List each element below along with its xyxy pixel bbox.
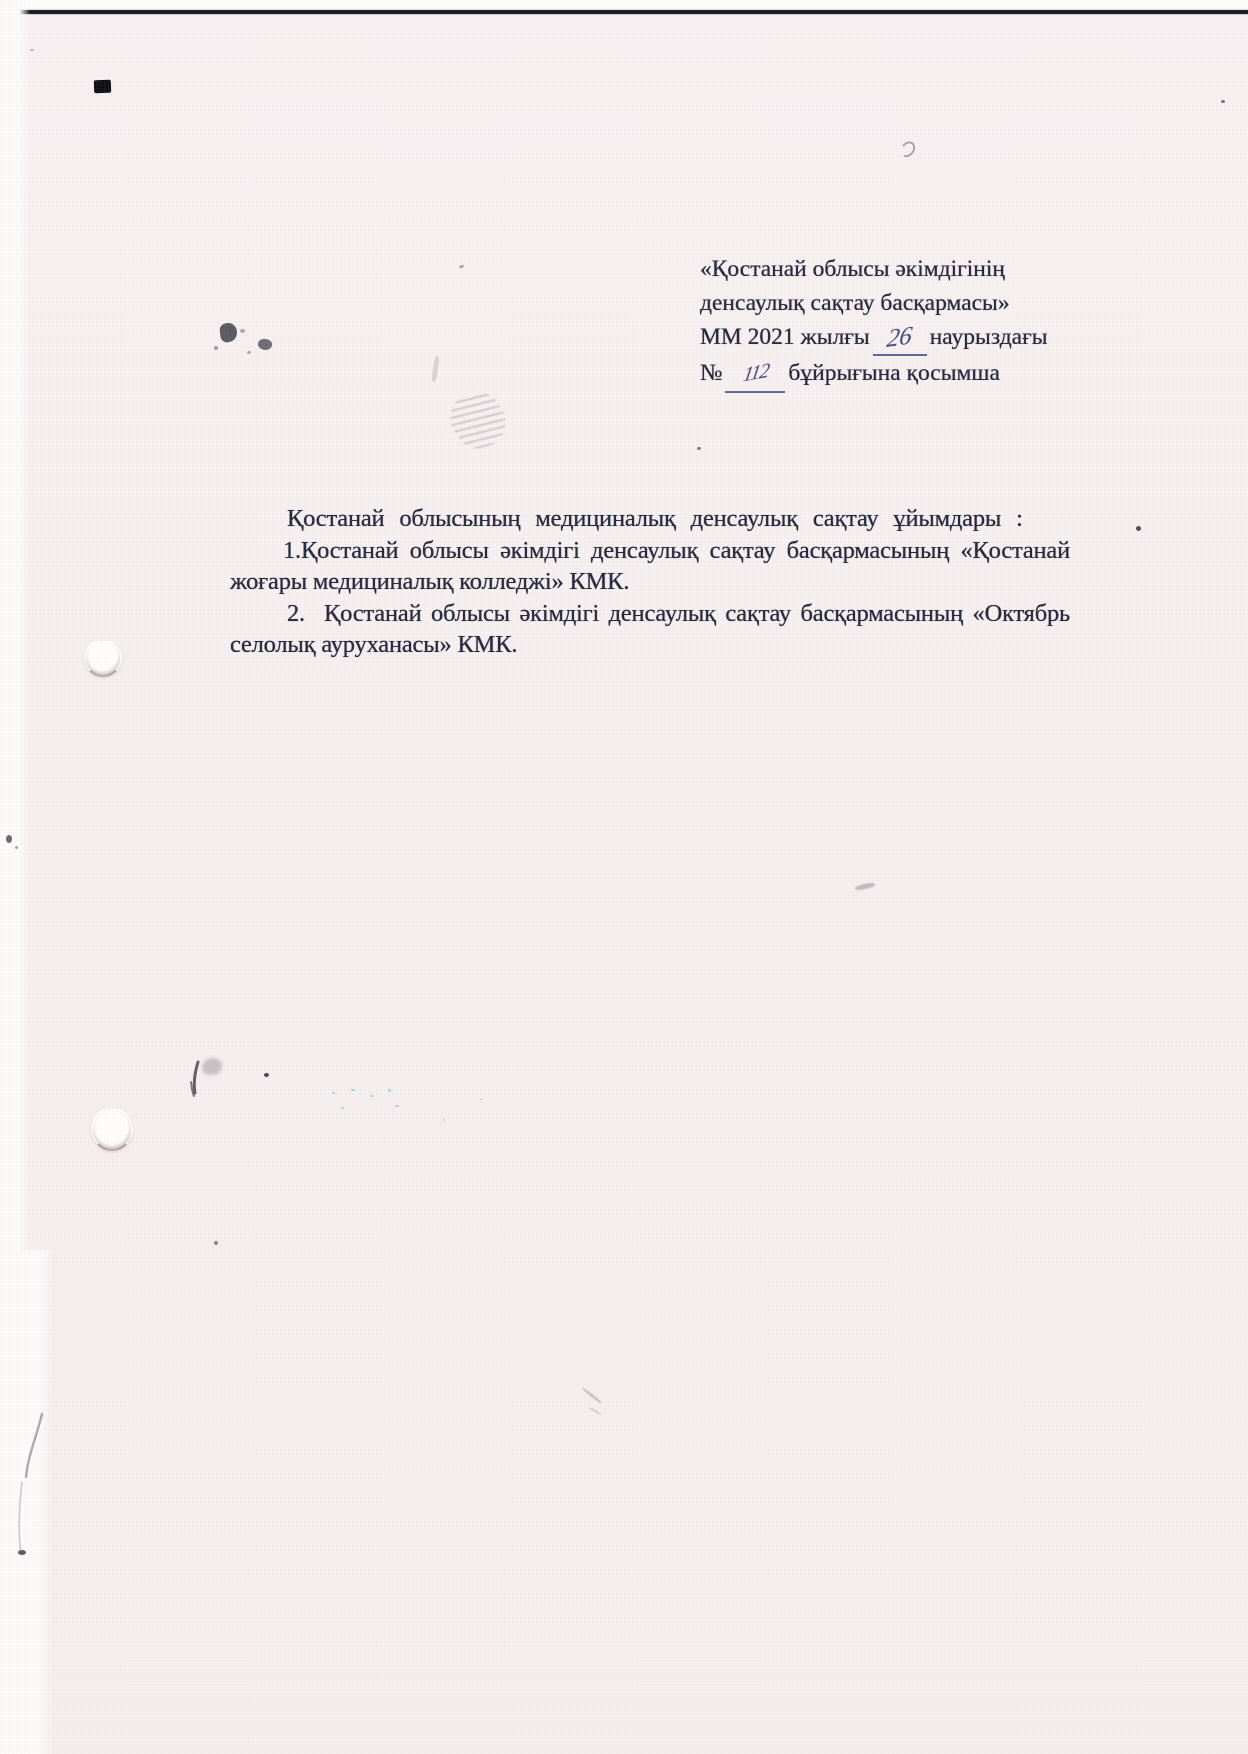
list-item-1-line-1: 1.Қостанай облысы әкімдігі денсаулық сақ… bbox=[230, 535, 1070, 567]
header-line-1: «Қостанай облысы әкімдігінің bbox=[700, 252, 1100, 286]
scan-edge-black-line bbox=[20, 10, 1248, 14]
handwritten-order-number: 112 bbox=[740, 353, 771, 393]
scan-speck bbox=[697, 447, 701, 450]
scan-black-square-mark bbox=[94, 80, 111, 94]
scan-speck bbox=[459, 264, 465, 269]
scanner-left-edge-bottom bbox=[0, 1250, 54, 1754]
order-reference-block: «Қостанай облысы әкімдігінің денсаулық с… bbox=[700, 252, 1100, 393]
header-line-4: №112бұйрығына қосымша bbox=[700, 356, 1100, 393]
blue-ink-speck bbox=[395, 1105, 399, 1107]
hole-punch-bottom bbox=[91, 1107, 133, 1151]
handwritten-order-number-blank: 112 bbox=[725, 356, 785, 393]
scan-speck bbox=[214, 1241, 218, 1245]
handwritten-day-blank: 26 bbox=[873, 320, 927, 356]
ink-blot-small bbox=[257, 337, 273, 351]
pen-tick-mark bbox=[191, 1082, 194, 1096]
crease-mark bbox=[588, 1407, 601, 1416]
scan-speck bbox=[15, 846, 18, 849]
scan-speck bbox=[1221, 100, 1225, 103]
gray-dash-mark bbox=[855, 882, 876, 891]
ink-blot-large bbox=[219, 322, 238, 343]
blue-ink-speck bbox=[370, 1095, 373, 1097]
blue-ink-speck bbox=[443, 1119, 445, 1121]
header-line-3-prefix: ММ 2021 жылғы bbox=[700, 324, 870, 350]
scan-speck bbox=[240, 329, 245, 333]
numero-sign: № bbox=[700, 360, 722, 386]
document-body: Қостанай облысының медициналық денсаулық… bbox=[230, 503, 1114, 661]
scan-speck bbox=[18, 1550, 26, 1555]
header-line-3: ММ 2021 жылғы26наурыздағы bbox=[700, 320, 1100, 356]
blue-ink-speck bbox=[388, 1089, 391, 1092]
scan-speck bbox=[214, 346, 218, 350]
curl-pen-mark bbox=[903, 142, 914, 156]
list-item-1-line-2: жоғары медициналық колледжі» КМК. bbox=[230, 566, 1114, 598]
body-intro-line: Қостанай облысының медициналық денсаулық… bbox=[230, 503, 1114, 535]
pen-smudge-cloud bbox=[202, 1058, 222, 1075]
handwritten-day: 26 bbox=[885, 319, 915, 358]
scan-speck bbox=[6, 835, 12, 843]
scan-speck bbox=[264, 1073, 269, 1077]
faint-streak bbox=[431, 356, 440, 382]
scan-speck bbox=[1136, 526, 1141, 531]
header-line-2: денсаулық сақтау басқармасы» bbox=[700, 286, 1100, 320]
blue-ink-speck bbox=[332, 1092, 335, 1094]
pen-hook-mark bbox=[194, 1062, 198, 1093]
header-line-4-suffix: бұйрығына қосымша bbox=[788, 360, 1000, 386]
blue-ink-speck bbox=[341, 1107, 344, 1109]
pencil-smudge bbox=[441, 382, 515, 457]
list-item-2-line-1: 2. Қостанай облысы әкімдігі денсаулық са… bbox=[230, 598, 1070, 630]
list-item-2-line-2: селолық ауруханасы» КМК. bbox=[230, 629, 1114, 661]
blue-ink-speck bbox=[351, 1089, 355, 1091]
scanner-top-edge bbox=[0, 0, 1248, 10]
scanned-document-page: «Қостанай облысы әкімдігінің денсаулық с… bbox=[0, 0, 1248, 1754]
blue-ink-speck bbox=[480, 1098, 482, 1100]
crease-mark bbox=[582, 1387, 602, 1404]
header-line-3-suffix: наурыздағы bbox=[930, 324, 1048, 350]
hole-punch-top bbox=[84, 639, 122, 677]
scan-speck bbox=[247, 351, 251, 354]
scan-speck bbox=[30, 49, 34, 51]
